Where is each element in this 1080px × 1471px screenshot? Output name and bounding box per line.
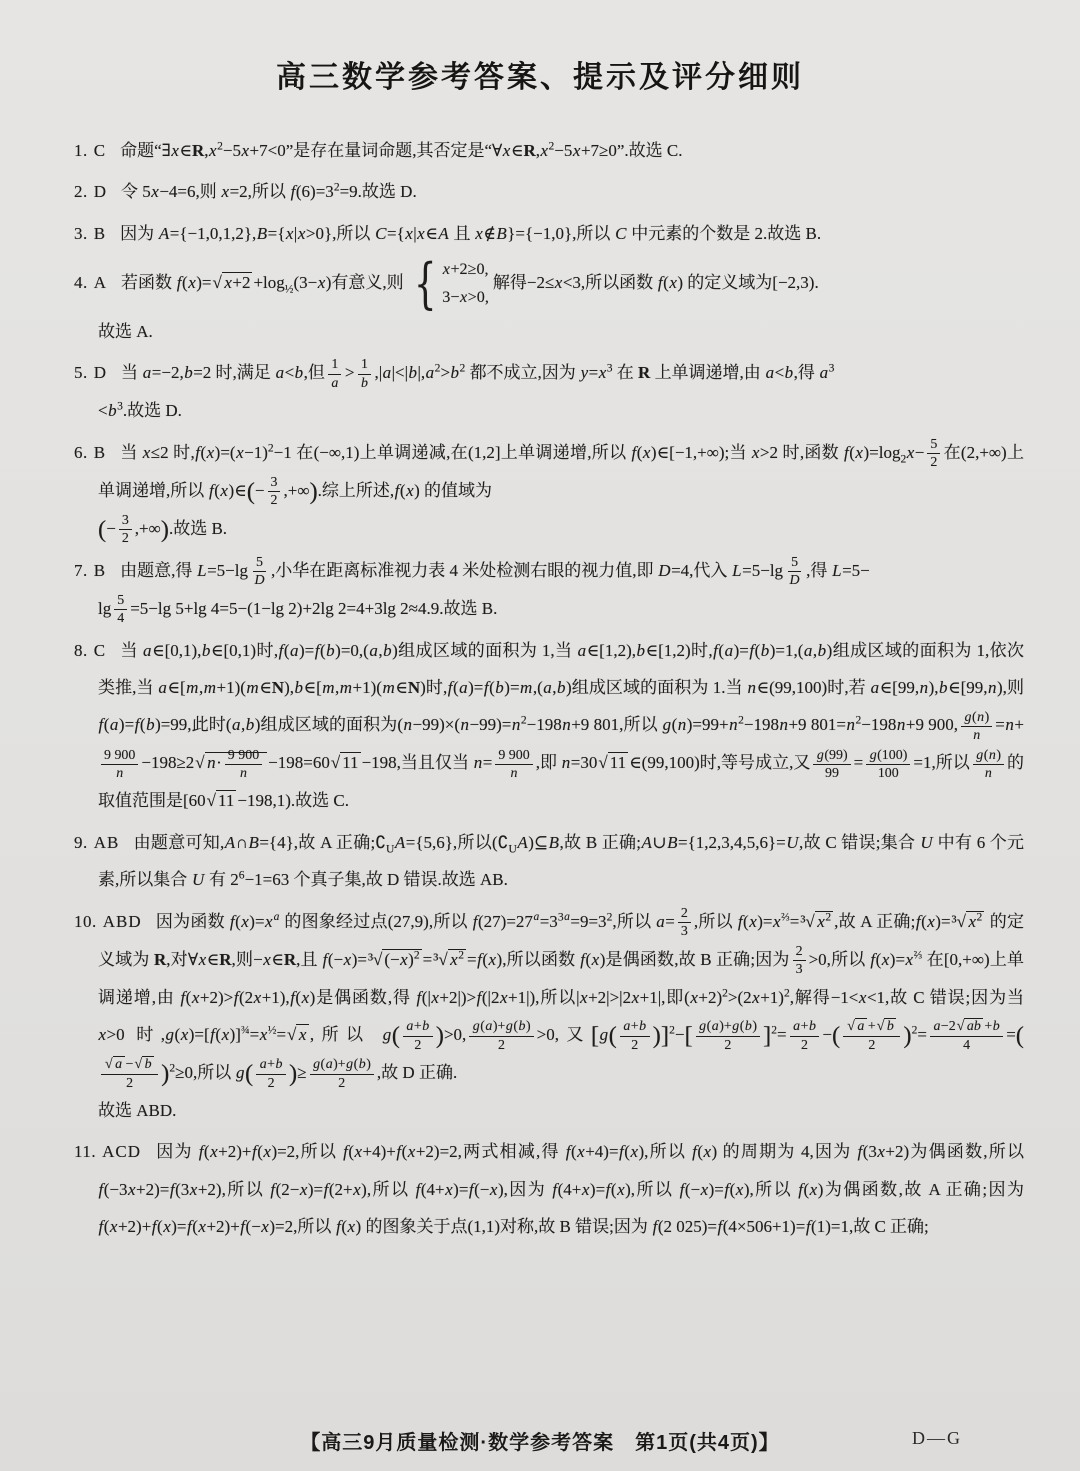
solution-text: 由题意,得 L=5−lg5D,小华在距离标准视力表 4 米处检测右眼的视力值,即…: [98, 561, 870, 618]
question-number: 3.: [74, 224, 88, 243]
answer-letter: B: [94, 224, 106, 243]
answer-item: 6.B当 x≤2 时,f(x)=(x−1)2−1 在(−∞,1)上单调递减,在(…: [74, 434, 1024, 548]
solution-text: 因为 A={−1,0,1,2},B={x|x>0},所以 C={x|x∈A 且 …: [120, 224, 821, 243]
solution-text: 当 x≤2 时,f(x)=(x−1)2−1 在(−∞,1)上单调递减,在(1,2…: [98, 443, 1024, 538]
answer-item: 7.B由题意,得 L=5−lg5D,小华在距离标准视力表 4 米处检测右眼的视力…: [74, 552, 1024, 628]
question-number: 6.: [74, 443, 88, 462]
answer-letter: D: [94, 363, 107, 382]
solution-text: 当 a=−2,b=2 时,满足 a<b,但1a>1b,|a|<|b|,a2>b2…: [98, 363, 834, 420]
footer-page-code: D—G: [912, 1428, 962, 1449]
answer-letter: ABD: [103, 912, 142, 931]
page-title: 高三数学参考答案、提示及评分细则: [0, 0, 1080, 132]
question-number: 11.: [74, 1142, 96, 1161]
answer-item: 11.ACD因为 f(x+2)+f(x)=2,所以 f(x+4)+f(x+2)=…: [74, 1133, 1024, 1245]
answer-item: 9.AB由题意可知,A∩B={4},故 A 正确;∁UA={5,6},所以(∁U…: [74, 824, 1024, 899]
answer-letter: B: [94, 561, 106, 580]
answer-item: 5.D当 a=−2,b=2 时,满足 a<b,但1a>1b,|a|<|b|,a2…: [74, 354, 1024, 429]
solution-text: 因为 f(x+2)+f(x)=2,所以 f(x+4)+f(x+2)=2,两式相减…: [98, 1142, 1024, 1236]
question-number: 9.: [74, 833, 88, 852]
answer-item: 1.C命题“∃x∈R,x2−5x+7<0”是存在量词命题,其否定是“∀x∈R,x…: [74, 132, 1024, 169]
solution-text: 当 a∈[0,1),b∈[0,1)时,f(a)=f(b)=0,(a,b)组成区域…: [98, 641, 1024, 811]
question-number: 2.: [74, 182, 88, 201]
answer-letter: A: [94, 273, 107, 292]
answer-item: 3.B因为 A={−1,0,1,2},B={x|x>0},所以 C={x|x∈A…: [74, 215, 1024, 252]
answer-sheet-page: 高三数学参考答案、提示及评分细则 1.C命题“∃x∈R,x2−5x+7<0”是存…: [0, 0, 1080, 1471]
answer-letter: B: [94, 443, 106, 462]
solution-text: 由题意可知,A∩B={4},故 A 正确;∁UA={5,6},所以(∁UA)⊆B…: [98, 833, 1024, 889]
question-number: 5.: [74, 363, 88, 382]
question-number: 1.: [74, 141, 88, 160]
answer-letter: D: [94, 182, 107, 201]
answer-letter: ACD: [102, 1142, 141, 1161]
solution-text: 若函数 f(x)=x+2+log½(3−x)有意义,则{x+2≥0,3−x>0,…: [98, 273, 819, 340]
solution-text: 因为函数 f(x)=xa 的图象经过点(27,9),所以 f(27)=27a=3…: [98, 912, 1024, 1120]
solution-text: 令 5x−4=6,则 x=2,所以 f(6)=32=9.故选 D.: [121, 182, 417, 201]
question-number: 4.: [74, 273, 88, 292]
answer-item: 4.A若函数 f(x)=x+2+log½(3−x)有意义,则{x+2≥0,3−x…: [74, 256, 1024, 350]
footer-exam-label: 【高三9月质量检测·数学参考答案 第1页(共4页)】: [300, 1426, 779, 1455]
answer-letter: C: [94, 141, 106, 160]
question-number: 10.: [74, 912, 97, 931]
answer-item: 8.C当 a∈[0,1),b∈[0,1)时,f(a)=f(b)=0,(a,b)组…: [74, 632, 1024, 820]
answer-item: 2.D令 5x−4=6,则 x=2,所以 f(6)=32=9.故选 D.: [74, 173, 1024, 210]
question-number: 8.: [74, 641, 88, 660]
answer-letter: AB: [94, 833, 120, 852]
answer-letter: C: [94, 641, 106, 660]
answer-list: 1.C命题“∃x∈R,x2−5x+7<0”是存在量词命题,其否定是“∀x∈R,x…: [0, 132, 1080, 1246]
solution-text: 命题“∃x∈R,x2−5x+7<0”是存在量词命题,其否定是“∀x∈R,x2−5…: [120, 141, 682, 160]
answer-item: 10.ABD因为函数 f(x)=xa 的图象经过点(27,9),所以 f(27)…: [74, 903, 1024, 1130]
question-number: 7.: [74, 561, 88, 580]
